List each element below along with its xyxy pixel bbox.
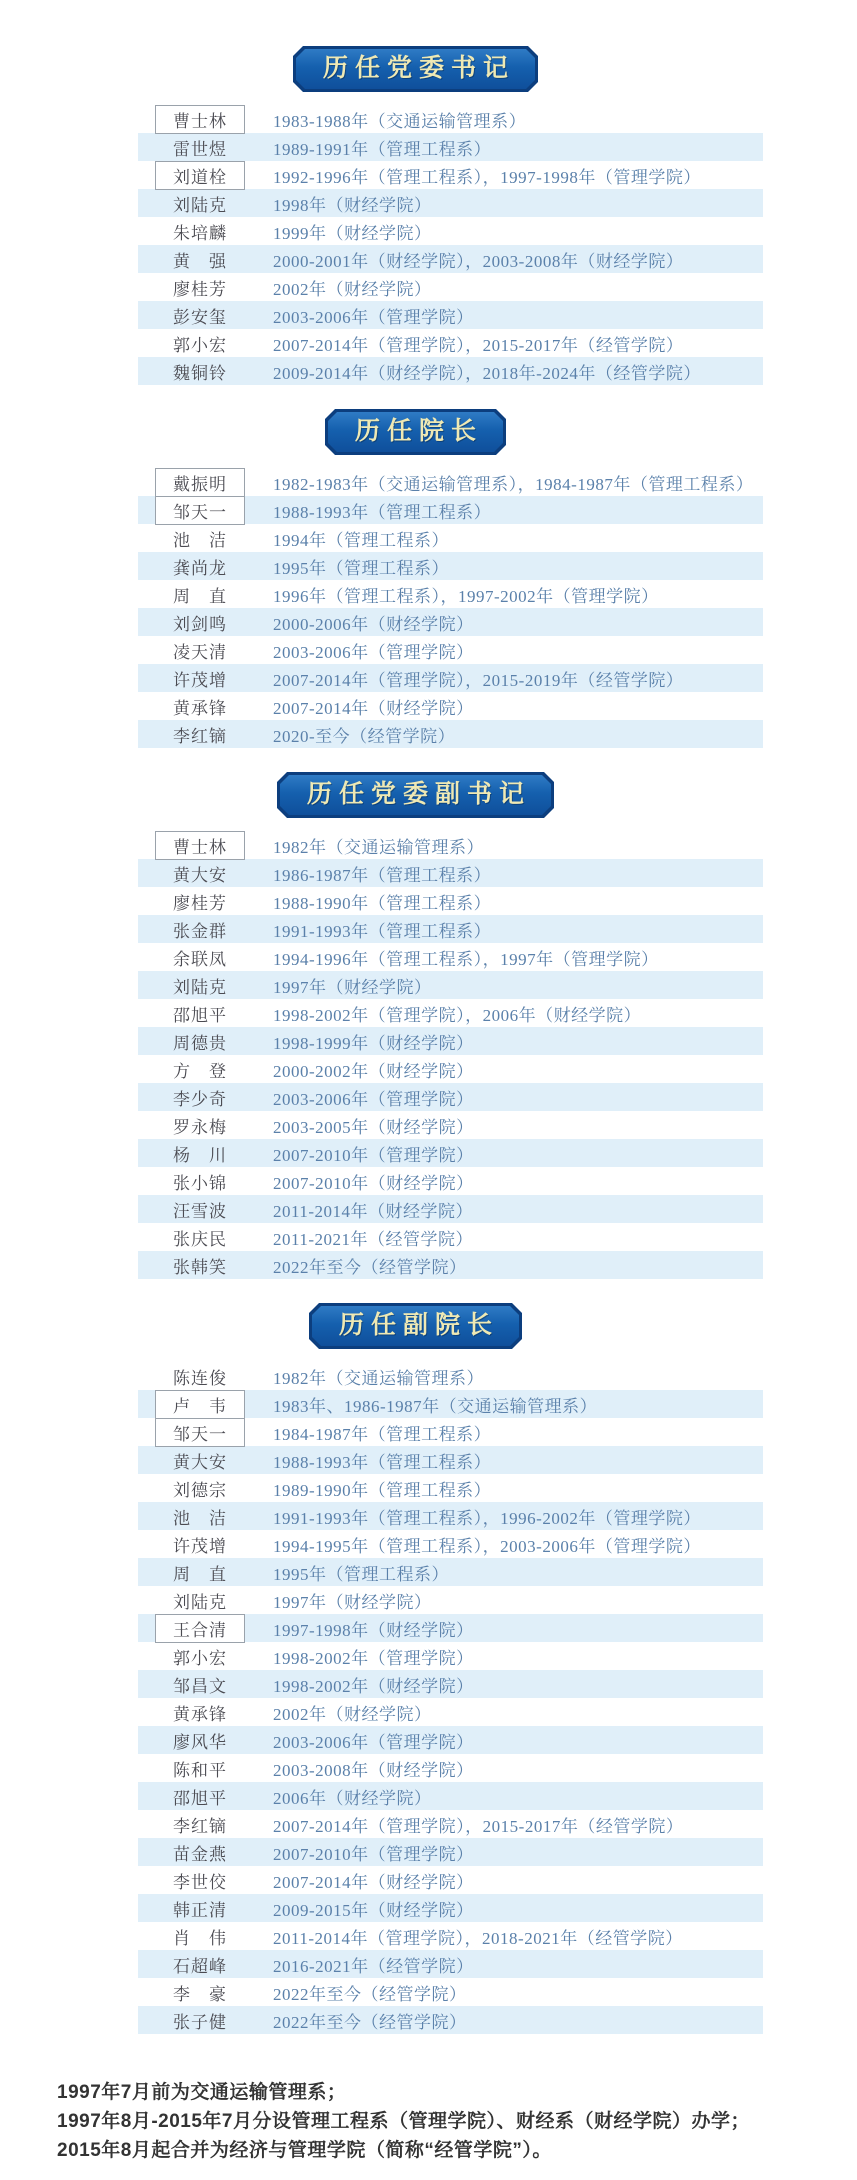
table-row: 郭小宏 1998-2002年（管理学院） — [138, 1642, 763, 1670]
table-row: 刘陆克 1997年（财经学院） — [138, 1586, 763, 1614]
table-row: 李红镝 2020-至今（经管学院） — [138, 720, 763, 748]
person-name-cell: 朱培麟 — [155, 217, 245, 245]
tenure-detail: 2003-2008年（财经学院） — [273, 1756, 474, 1781]
table-row: 黄大安 1988-1993年（管理工程系） — [138, 1446, 763, 1474]
table-row: 张子健 2022年至今（经管学院） — [138, 2006, 763, 2034]
person-name: 卢 韦 — [173, 1392, 227, 1417]
person-name: 石超峰 — [173, 1952, 227, 1977]
table-row: 黄承锋 2002年（财经学院） — [138, 1698, 763, 1726]
person-name-cell: 刘道栓 — [155, 161, 245, 190]
person-name-cell: 刘陆克 — [155, 971, 245, 999]
table-row: 罗永梅 2003-2005年（财经学院） — [138, 1111, 763, 1139]
table-row: 刘剑鸣 2000-2006年（财经学院） — [138, 608, 763, 636]
section-rows: 曹士林 1983-1988年（交通运输管理系） 雷世煜 1989-1991年（管… — [138, 105, 763, 385]
tenure-detail: 1999年（财经学院） — [273, 219, 432, 244]
person-name-cell: 刘剑鸣 — [155, 608, 245, 636]
tenure-detail: 2000-2002年（财经学院） — [273, 1057, 474, 1082]
person-name: 余联凤 — [173, 945, 227, 970]
table-row: 汪雪波 2011-2014年（财经学院） — [138, 1195, 763, 1223]
person-name: 黄承锋 — [173, 1700, 227, 1725]
person-name: 肖 伟 — [173, 1924, 227, 1949]
person-name-cell: 韩正清 — [155, 1894, 245, 1922]
tenure-detail: 1982-1983年（交通运输管理系），1984-1987年（管理工程系） — [273, 470, 753, 495]
table-row: 邵旭平 2006年（财经学院） — [138, 1782, 763, 1810]
person-name: 刘陆克 — [173, 973, 227, 998]
table-row: 方 登 2000-2002年（财经学院） — [138, 1055, 763, 1083]
person-name: 刘陆克 — [173, 1588, 227, 1613]
person-name-cell: 雷世煜 — [155, 133, 245, 161]
person-name: 廖桂芳 — [173, 275, 227, 300]
person-name-cell: 周 直 — [155, 580, 245, 608]
tenure-detail: 1994年（管理工程系） — [273, 526, 449, 551]
person-name: 曹士林 — [173, 107, 227, 132]
person-name: 邵旭平 — [173, 1784, 227, 1809]
tenure-detail: 2007-2014年（管理学院），2015-2017年（经管学院） — [273, 1812, 683, 1837]
person-name-cell: 黄承锋 — [155, 1698, 245, 1726]
tenure-detail: 2007-2014年（管理学院），2015-2019年（经管学院） — [273, 666, 683, 691]
table-row: 廖桂芳 1988-1990年（管理工程系） — [138, 887, 763, 915]
table-row: 陈和平 2003-2008年（财经学院） — [138, 1754, 763, 1782]
person-name-cell: 刘陆克 — [155, 1586, 245, 1614]
table-row: 周德贵 1998-1999年（财经学院） — [138, 1027, 763, 1055]
table-row: 龚尚龙 1995年（管理工程系） — [138, 552, 763, 580]
person-name: 廖风华 — [173, 1728, 227, 1753]
table-row: 曹士林 1982年（交通运输管理系） — [138, 831, 763, 859]
table-row: 彭安玺 2003-2006年（管理学院） — [138, 301, 763, 329]
tenure-detail: 1988-1993年（管理工程系） — [273, 1448, 491, 1473]
table-row: 黄大安 1986-1987年（管理工程系） — [138, 859, 763, 887]
tenure-detail: 2003-2006年（管理学院） — [273, 1728, 474, 1753]
person-name-cell: 杨 川 — [155, 1139, 245, 1167]
person-name-cell: 曹士林 — [155, 105, 245, 134]
table-row: 邵旭平 1998-2002年（管理学院），2006年（财经学院） — [138, 999, 763, 1027]
person-name: 邹昌文 — [173, 1672, 227, 1697]
person-name: 李少奇 — [173, 1085, 227, 1110]
person-name-cell: 李红镝 — [155, 720, 245, 748]
person-name-cell: 龚尚龙 — [155, 552, 245, 580]
person-name-cell: 池 洁 — [155, 524, 245, 552]
person-name-cell: 郭小宏 — [155, 329, 245, 357]
table-row: 刘德宗 1989-1990年（管理工程系） — [138, 1474, 763, 1502]
tenure-detail: 2022年至今（经管学院） — [273, 1253, 467, 1278]
tenure-detail: 2003-2006年（管理学院） — [273, 1085, 474, 1110]
person-name: 黄承锋 — [173, 694, 227, 719]
person-name: 张子健 — [173, 2008, 227, 2033]
tenure-detail: 2009-2015年（财经学院） — [273, 1896, 474, 1921]
person-name-cell: 石超峰 — [155, 1950, 245, 1978]
person-name-cell: 余联凤 — [155, 943, 245, 971]
page: 历任党委书记 曹士林 1983-1988年（交通运输管理系） 雷世煜 1989-… — [0, 0, 857, 2165]
person-name-cell: 许茂增 — [155, 1530, 245, 1558]
person-name: 陈连俊 — [173, 1364, 227, 1389]
tenure-detail: 1994-1996年（管理工程系），1997年（管理学院） — [273, 945, 659, 970]
tenure-detail: 2007-2010年（财经学院） — [273, 1169, 474, 1194]
person-name: 方 登 — [173, 1057, 227, 1082]
person-name: 李红镝 — [173, 722, 227, 747]
tenure-detail: 2007-2010年（管理学院） — [273, 1840, 474, 1865]
person-name-cell: 方 登 — [155, 1055, 245, 1083]
person-name-cell: 彭安玺 — [155, 301, 245, 329]
tenure-detail: 1998-2002年（管理学院），2006年（财经学院） — [273, 1001, 641, 1026]
sections-container: 历任党委书记 曹士林 1983-1988年（交通运输管理系） 雷世煜 1989-… — [0, 46, 857, 2034]
table-row: 廖风华 2003-2006年（管理学院） — [138, 1726, 763, 1754]
table-row: 黄 强 2000-2001年（财经学院），2003-2008年（财经学院） — [138, 245, 763, 273]
tenure-detail: 1998-2002年（财经学院） — [273, 1672, 474, 1697]
section: 历任党委副书记 曹士林 1982年（交通运输管理系） 黄大安 1986-1987… — [0, 772, 857, 1279]
section-title-banner: 历任党委书记 — [293, 46, 538, 92]
table-row: 韩正清 2009-2015年（财经学院） — [138, 1894, 763, 1922]
person-name: 周 直 — [173, 582, 227, 607]
person-name: 曹士林 — [173, 833, 227, 858]
person-name-cell: 汪雪波 — [155, 1195, 245, 1223]
person-name: 李 豪 — [173, 1980, 227, 2005]
tenure-detail: 1989-1991年（管理工程系） — [273, 135, 491, 160]
person-name: 邵旭平 — [173, 1001, 227, 1026]
table-row: 张韩笑 2022年至今（经管学院） — [138, 1251, 763, 1279]
section-title: 历任院长 — [355, 417, 483, 446]
footer-note-1: 1997年7月前为交通运输管理系； — [57, 2078, 857, 2107]
tenure-detail: 2022年至今（经管学院） — [273, 2008, 467, 2033]
person-name-cell: 陈和平 — [155, 1754, 245, 1782]
tenure-detail: 1998-2002年（管理学院） — [273, 1644, 474, 1669]
table-row: 张庆民 2011-2021年（经管学院） — [138, 1223, 763, 1251]
table-row: 王合清 1997-1998年（财经学院） — [138, 1614, 763, 1642]
tenure-detail: 1986-1987年（管理工程系） — [273, 861, 491, 886]
person-name-cell: 苗金燕 — [155, 1838, 245, 1866]
person-name-cell: 陈连俊 — [155, 1362, 245, 1390]
table-row: 池 洁 1994年（管理工程系） — [138, 524, 763, 552]
table-row: 许茂增 1994-1995年（管理工程系），2003-2006年（管理学院） — [138, 1530, 763, 1558]
person-name: 周德贵 — [173, 1029, 227, 1054]
person-name: 苗金燕 — [173, 1840, 227, 1865]
tenure-detail: 2011-2014年（管理学院），2018-2021年（经管学院） — [273, 1924, 683, 1949]
tenure-detail: 2006年（财经学院） — [273, 1784, 432, 1809]
person-name-cell: 张子健 — [155, 2006, 245, 2034]
person-name: 魏铜铃 — [173, 359, 227, 384]
footer-note-2: 1997年8月-2015年7月分设管理工程系（管理学院）、财经系（财经学院）办学… — [57, 2107, 857, 2136]
person-name-cell: 邹天一 — [155, 1418, 245, 1447]
footer-notes: 1997年7月前为交通运输管理系； 1997年8月-2015年7月分设管理工程系… — [0, 2078, 857, 2165]
tenure-detail: 2002年（财经学院） — [273, 1700, 432, 1725]
section-rows: 陈连俊 1982年（交通运输管理系） 卢 韦 1983年、1986-1987年（… — [138, 1362, 763, 2034]
person-name: 刘陆克 — [173, 191, 227, 216]
tenure-detail: 2000-2006年（财经学院） — [273, 610, 474, 635]
person-name-cell: 黄大安 — [155, 859, 245, 887]
section-title-banner: 历任副院长 — [309, 1303, 522, 1349]
person-name: 雷世煜 — [173, 135, 227, 160]
person-name-cell: 邹昌文 — [155, 1670, 245, 1698]
table-row: 张金群 1991-1993年（管理工程系） — [138, 915, 763, 943]
tenure-detail: 2011-2014年（财经学院） — [273, 1197, 473, 1222]
section: 历任院长 戴振明 1982-1983年（交通运输管理系），1984-1987年（… — [0, 409, 857, 748]
person-name: 邹天一 — [173, 1420, 227, 1445]
section-title: 历任党委副书记 — [307, 780, 531, 809]
tenure-detail: 1996年（管理工程系），1997-2002年（管理学院） — [273, 582, 659, 607]
person-name: 李世佼 — [173, 1868, 227, 1893]
person-name-cell: 黄大安 — [155, 1446, 245, 1474]
person-name-cell: 凌天清 — [155, 636, 245, 664]
tenure-detail: 2007-2010年（管理学院） — [273, 1141, 474, 1166]
person-name: 刘道栓 — [173, 163, 227, 188]
table-row: 陈连俊 1982年（交通运输管理系） — [138, 1362, 763, 1390]
person-name: 池 洁 — [173, 1504, 227, 1529]
tenure-detail: 1994-1995年（管理工程系），2003-2006年（管理学院） — [273, 1532, 701, 1557]
tenure-detail: 2016-2021年（经管学院） — [273, 1952, 474, 1977]
person-name: 许茂增 — [173, 1532, 227, 1557]
person-name: 黄大安 — [173, 1448, 227, 1473]
table-row: 肖 伟 2011-2014年（管理学院），2018-2021年（经管学院） — [138, 1922, 763, 1950]
section-title-banner-inner: 历任党委副书记 — [280, 775, 551, 815]
person-name: 张韩笑 — [173, 1253, 227, 1278]
tenure-detail: 2007-2014年（财经学院） — [273, 1868, 474, 1893]
table-row: 李红镝 2007-2014年（管理学院），2015-2017年（经管学院） — [138, 1810, 763, 1838]
person-name: 廖桂芳 — [173, 889, 227, 914]
table-row: 李 豪 2022年至今（经管学院） — [138, 1978, 763, 2006]
person-name-cell: 廖桂芳 — [155, 273, 245, 301]
person-name-cell: 黄承锋 — [155, 692, 245, 720]
person-name-cell: 张小锦 — [155, 1167, 245, 1195]
table-row: 凌天清 2003-2006年（管理学院） — [138, 636, 763, 664]
section-rows: 曹士林 1982年（交通运输管理系） 黄大安 1986-1987年（管理工程系）… — [138, 831, 763, 1279]
person-name-cell: 李少奇 — [155, 1083, 245, 1111]
tenure-detail: 2002年（财经学院） — [273, 275, 432, 300]
person-name: 龚尚龙 — [173, 554, 227, 579]
person-name: 汪雪波 — [173, 1197, 227, 1222]
section-title: 历任党委书记 — [323, 54, 515, 83]
person-name-cell: 周 直 — [155, 1558, 245, 1586]
tenure-detail: 1983-1988年（交通运输管理系） — [273, 107, 526, 132]
table-row: 刘陆克 1998年（财经学院） — [138, 189, 763, 217]
tenure-detail: 2007-2014年（管理学院），2015-2017年（经管学院） — [273, 331, 683, 356]
person-name-cell: 池 洁 — [155, 1502, 245, 1530]
table-row: 郭小宏 2007-2014年（管理学院），2015-2017年（经管学院） — [138, 329, 763, 357]
tenure-detail: 2020-至今（经管学院） — [273, 722, 455, 747]
table-row: 石超峰 2016-2021年（经管学院） — [138, 1950, 763, 1978]
person-name: 郭小宏 — [173, 1644, 227, 1669]
person-name: 许茂增 — [173, 666, 227, 691]
person-name: 张金群 — [173, 917, 227, 942]
person-name: 陈和平 — [173, 1756, 227, 1781]
section: 历任副院长 陈连俊 1982年（交通运输管理系） 卢 韦 1983年、1986-… — [0, 1303, 857, 2034]
table-row: 杨 川 2007-2010年（管理学院） — [138, 1139, 763, 1167]
table-row: 李少奇 2003-2006年（管理学院） — [138, 1083, 763, 1111]
table-row: 许茂增 2007-2014年（管理学院），2015-2019年（经管学院） — [138, 664, 763, 692]
tenure-detail: 1997年（财经学院） — [273, 1588, 432, 1613]
table-row: 卢 韦 1983年、1986-1987年（交通运输管理系） — [138, 1390, 763, 1418]
person-name-cell: 张韩笑 — [155, 1251, 245, 1279]
tenure-detail: 1992-1996年（管理工程系），1997-1998年（管理学院） — [273, 163, 701, 188]
person-name-cell: 刘陆克 — [155, 189, 245, 217]
table-row: 刘道栓 1992-1996年（管理工程系），1997-1998年（管理学院） — [138, 161, 763, 189]
section-rows: 戴振明 1982-1983年（交通运输管理系），1984-1987年（管理工程系… — [138, 468, 763, 748]
tenure-detail: 2009-2014年（财经学院），2018年-2024年（经管学院） — [273, 359, 701, 384]
tenure-detail: 1988-1993年（管理工程系） — [273, 498, 491, 523]
person-name: 戴振明 — [173, 470, 227, 495]
person-name-cell: 邵旭平 — [155, 999, 245, 1027]
person-name-cell: 张庆民 — [155, 1223, 245, 1251]
person-name: 池 洁 — [173, 526, 227, 551]
person-name-cell: 罗永梅 — [155, 1111, 245, 1139]
table-row: 池 洁 1991-1993年（管理工程系），1996-2002年（管理学院） — [138, 1502, 763, 1530]
tenure-detail: 2003-2006年（管理学院） — [273, 303, 474, 328]
table-row: 余联凤 1994-1996年（管理工程系），1997年（管理学院） — [138, 943, 763, 971]
tenure-detail: 2022年至今（经管学院） — [273, 1980, 467, 2005]
person-name: 凌天清 — [173, 638, 227, 663]
tenure-detail: 1995年（管理工程系） — [273, 554, 449, 579]
person-name: 李红镝 — [173, 1812, 227, 1837]
section-title-banner: 历任党委副书记 — [277, 772, 554, 818]
person-name: 张小锦 — [173, 1169, 227, 1194]
tenure-detail: 1988-1990年（管理工程系） — [273, 889, 491, 914]
tenure-detail: 1997-1998年（财经学院） — [273, 1616, 474, 1641]
person-name-cell: 魏铜铃 — [155, 357, 245, 385]
tenure-detail: 1983年、1986-1987年（交通运输管理系） — [273, 1392, 597, 1417]
table-row: 张小锦 2007-2010年（财经学院） — [138, 1167, 763, 1195]
tenure-detail: 2000-2001年（财经学院），2003-2008年（财经学院） — [273, 247, 683, 272]
tenure-detail: 2007-2014年（财经学院） — [273, 694, 474, 719]
person-name-cell: 李世佼 — [155, 1866, 245, 1894]
tenure-detail: 1984-1987年（管理工程系） — [273, 1420, 491, 1445]
table-row: 李世佼 2007-2014年（财经学院） — [138, 1866, 763, 1894]
person-name-cell: 曹士林 — [155, 831, 245, 860]
person-name: 杨 川 — [173, 1141, 227, 1166]
person-name: 刘剑鸣 — [173, 610, 227, 635]
tenure-detail: 2003-2006年（管理学院） — [273, 638, 474, 663]
section-title-banner-inner: 历任院长 — [328, 412, 503, 452]
section-title-banner-inner: 历任党委书记 — [296, 49, 535, 89]
table-row: 邹昌文 1998-2002年（财经学院） — [138, 1670, 763, 1698]
table-row: 雷世煜 1989-1991年（管理工程系） — [138, 133, 763, 161]
tenure-detail: 2011-2021年（经管学院） — [273, 1225, 473, 1250]
tenure-detail: 1995年（管理工程系） — [273, 1560, 449, 1585]
table-row: 邹天一 1984-1987年（管理工程系） — [138, 1418, 763, 1446]
section: 历任党委书记 曹士林 1983-1988年（交通运输管理系） 雷世煜 1989-… — [0, 46, 857, 385]
person-name: 韩正清 — [173, 1896, 227, 1921]
person-name-cell: 廖风华 — [155, 1726, 245, 1754]
section-title-banner: 历任院长 — [325, 409, 506, 455]
tenure-detail: 1991-1993年（管理工程系） — [273, 917, 491, 942]
person-name-cell: 王合清 — [155, 1614, 245, 1643]
person-name-cell: 邹天一 — [155, 496, 245, 525]
person-name-cell: 许茂增 — [155, 664, 245, 692]
tenure-detail: 1998年（财经学院） — [273, 191, 432, 216]
tenure-detail: 1989-1990年（管理工程系） — [273, 1476, 491, 1501]
tenure-detail: 1982年（交通运输管理系） — [273, 1364, 484, 1389]
tenure-detail: 1997年（财经学院） — [273, 973, 432, 998]
person-name: 罗永梅 — [173, 1113, 227, 1138]
person-name: 黄 强 — [173, 247, 227, 272]
person-name-cell: 戴振明 — [155, 468, 245, 497]
tenure-detail: 1982年（交通运输管理系） — [273, 833, 484, 858]
person-name-cell: 李 豪 — [155, 1978, 245, 2006]
section-title-banner-inner: 历任副院长 — [312, 1306, 519, 1346]
table-row: 朱培麟 1999年（财经学院） — [138, 217, 763, 245]
table-row: 戴振明 1982-1983年（交通运输管理系），1984-1987年（管理工程系… — [138, 468, 763, 496]
person-name-cell: 张金群 — [155, 915, 245, 943]
table-row: 邹天一 1988-1993年（管理工程系） — [138, 496, 763, 524]
person-name: 郭小宏 — [173, 331, 227, 356]
table-row: 魏铜铃 2009-2014年（财经学院），2018年-2024年（经管学院） — [138, 357, 763, 385]
person-name-cell: 刘德宗 — [155, 1474, 245, 1502]
table-row: 刘陆克 1997年（财经学院） — [138, 971, 763, 999]
person-name-cell: 卢 韦 — [155, 1390, 245, 1419]
person-name-cell: 邵旭平 — [155, 1782, 245, 1810]
table-row: 廖桂芳 2002年（财经学院） — [138, 273, 763, 301]
table-row: 曹士林 1983-1988年（交通运输管理系） — [138, 105, 763, 133]
tenure-detail: 2003-2005年（财经学院） — [273, 1113, 474, 1138]
tenure-detail: 1991-1993年（管理工程系），1996-2002年（管理学院） — [273, 1504, 701, 1529]
person-name-cell: 廖桂芳 — [155, 887, 245, 915]
tenure-detail: 1998-1999年（财经学院） — [273, 1029, 474, 1054]
person-name: 周 直 — [173, 1560, 227, 1585]
person-name: 黄大安 — [173, 861, 227, 886]
person-name-cell: 黄 强 — [155, 245, 245, 273]
person-name-cell: 肖 伟 — [155, 1922, 245, 1950]
person-name-cell: 李红镝 — [155, 1810, 245, 1838]
table-row: 苗金燕 2007-2010年（管理学院） — [138, 1838, 763, 1866]
person-name: 张庆民 — [173, 1225, 227, 1250]
person-name: 王合清 — [173, 1616, 227, 1641]
person-name-cell: 周德贵 — [155, 1027, 245, 1055]
person-name: 彭安玺 — [173, 303, 227, 328]
section-title: 历任副院长 — [339, 1311, 499, 1340]
footer-note-3: 2015年8月起合并为经济与管理学院（简称“经管学院”）。 — [57, 2136, 857, 2165]
person-name: 刘德宗 — [173, 1476, 227, 1501]
table-row: 周 直 1996年（管理工程系），1997-2002年（管理学院） — [138, 580, 763, 608]
table-row: 黄承锋 2007-2014年（财经学院） — [138, 692, 763, 720]
person-name: 邹天一 — [173, 498, 227, 523]
person-name: 朱培麟 — [173, 219, 227, 244]
person-name-cell: 郭小宏 — [155, 1642, 245, 1670]
table-row: 周 直 1995年（管理工程系） — [138, 1558, 763, 1586]
